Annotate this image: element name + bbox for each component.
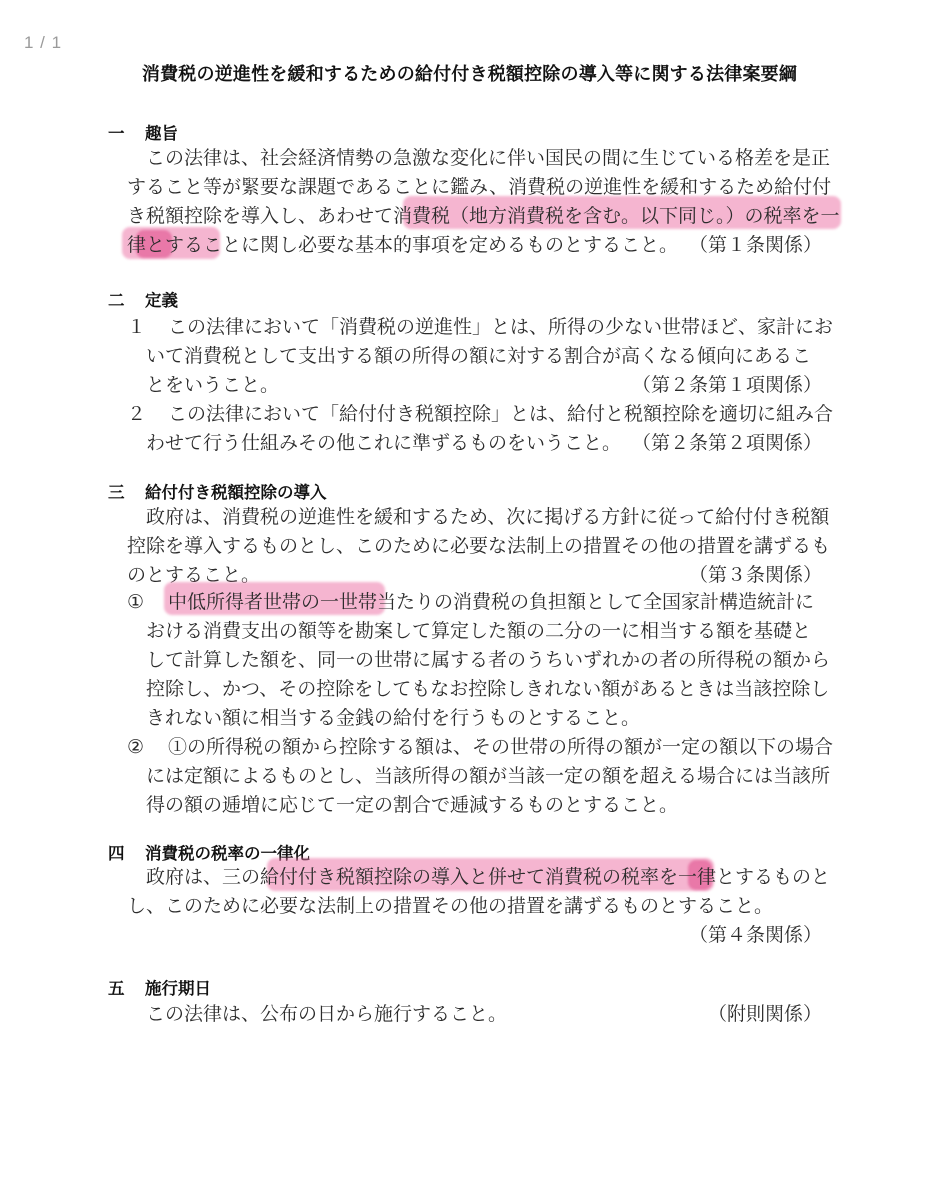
item-marker: ２: [127, 401, 146, 427]
item-marker: ②: [127, 734, 144, 760]
paragraph-line: き税額控除を導入し、あわせて消費税（地方消費税を含む。以下同じ。）の税率を一: [127, 203, 840, 229]
paragraph-line: おける消費支出の額等を勘案して算定した額の二分の一に相当する額を基礎と: [146, 618, 811, 644]
section-number: 三: [108, 479, 145, 503]
section-heading: 一趣旨: [108, 120, 178, 144]
section-number: 四: [108, 840, 145, 864]
section-title: 給付付き税額控除の導入: [145, 483, 327, 502]
paragraph-line: 得の額の逓増に応じて一定の割合で逓減するものとすること。: [146, 792, 678, 818]
paragraph-line: この法律において「消費税の逆進性」とは、所得の少ない世帯ほど、家計にお: [168, 314, 833, 340]
section-number: 二: [108, 287, 145, 311]
item-marker: １: [127, 314, 146, 340]
article-reference: （第３条関係）: [689, 562, 822, 588]
paragraph-line: いて消費税として支出する額の所得の額に対する割合が高くなる傾向にあるこ: [146, 343, 811, 369]
paragraph-line: この法律は、公布の日から施行すること。: [146, 1001, 507, 1027]
section-title: 定義: [145, 291, 178, 310]
section-heading: 三給付付き税額控除の導入: [108, 479, 327, 503]
document-title: 消費税の逆進性を緩和するための給付付き税額控除の導入等に関する法律案要綱: [0, 60, 939, 86]
paragraph-line: わせて行う仕組みその他これに準ずるものをいうこと。: [146, 430, 621, 456]
section-number: 一: [108, 120, 145, 144]
section-number: 五: [108, 975, 145, 999]
paragraph-line: し、このために必要な法制上の措置その他の措置を講ずるものとすること。: [127, 893, 773, 919]
paragraph-line: には定額によるものとし、当該所得の額が当該一定の額を超える場合には当該所: [146, 763, 830, 789]
item-marker: ①: [127, 589, 144, 615]
section-heading: 二定義: [108, 287, 178, 311]
article-reference: （第４条関係）: [689, 922, 822, 948]
article-reference: （第１条関係）: [689, 232, 822, 258]
paragraph-line: とをいうこと。: [146, 372, 279, 398]
paragraph-line: して計算した額を、同一の世帯に属する者のうちいずれかの者の所得税の額から: [146, 647, 830, 673]
paragraph-line: 政府は、消費税の逆進性を緩和するため、次に掲げる方針に従って給付付き税額: [146, 504, 829, 530]
paragraph-line: ①の所得税の額から控除する額は、その世帯の所得の額が一定の額以下の場合: [168, 734, 833, 760]
article-reference: （附則関係）: [708, 1001, 822, 1027]
article-reference: （第２条第１項関係）: [632, 372, 822, 398]
section-title: 趣旨: [145, 124, 178, 143]
paragraph-line: 控除し、かつ、その控除をしてもなお控除しきれない額があるときは当該控除し: [146, 676, 829, 702]
paragraph-line: 政府は、三の給付付き税額控除の導入と併せて消費税の税率を一律とするものと: [146, 864, 830, 890]
section-title: 施行期日: [145, 979, 211, 998]
paragraph-line: 中低所得者世帯の一世帯当たりの消費税の負担額として全国家計構造統計に: [168, 589, 814, 615]
paragraph-line: すること等が緊要な課題であることに鑑み、消費税の逆進性を緩和するため給付付: [127, 174, 831, 200]
paragraph-line: 控除を導入するものとし、このために必要な法制上の措置その他の措置を講ずるも: [127, 533, 830, 559]
page-indicator: 1 / 1: [24, 33, 62, 53]
paragraph-line: 律とすることに関し必要な基本的事項を定めるものとすること。: [127, 232, 678, 258]
paragraph-line: この法律は、社会経済情勢の急激な変化に伴い国民の間に生じている格差を是正: [146, 145, 830, 171]
section-heading: 五施行期日: [108, 975, 211, 999]
paragraph-line: この法律において「給付付き税額控除」とは、給付と税額控除を適切に組み合: [168, 401, 833, 427]
paragraph-line: きれない額に相当する金銭の給付を行うものとすること。: [146, 705, 640, 731]
article-reference: （第２条第２項関係）: [632, 430, 822, 456]
